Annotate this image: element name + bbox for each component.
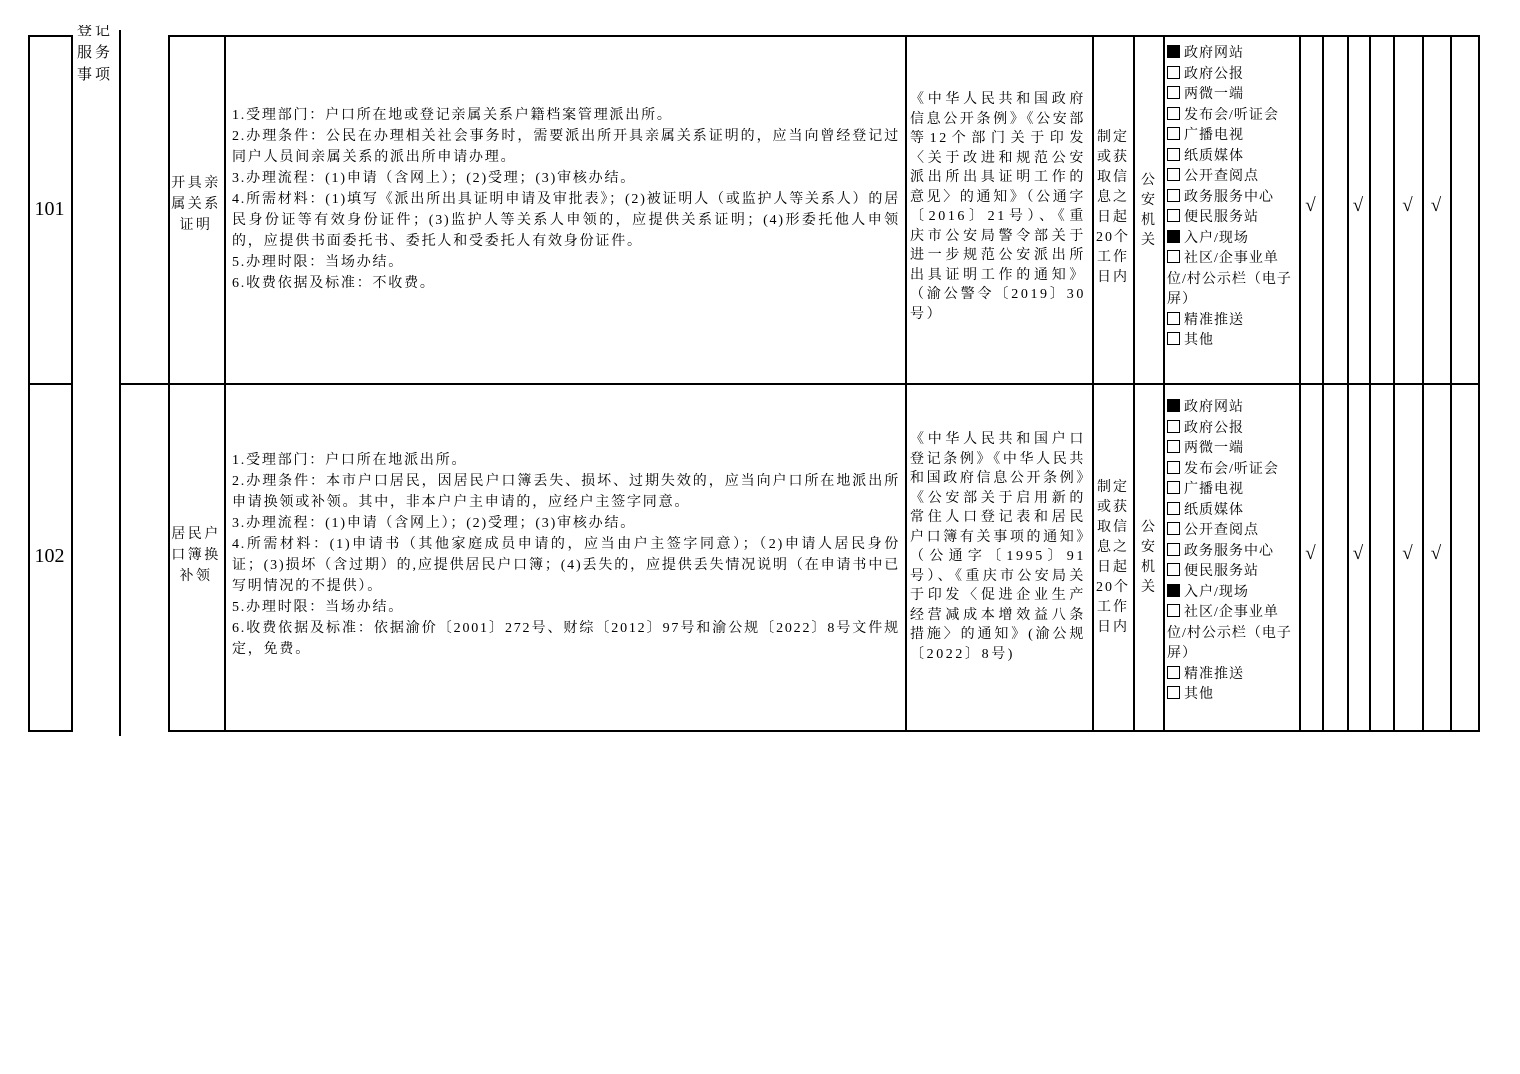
basis-cell: 《中华人民共和国户口登记条例》《中华人民共和国政府信息公开条例》《公安部关于启用… — [910, 430, 1086, 664]
channel-item: 政府网站 — [1167, 44, 1295, 65]
check-mark: √ — [1425, 195, 1447, 217]
basis-cell: 《中华人民共和国政府信息公开条例》《公安部等12个部门关于印发〈关于改进和规范公… — [910, 90, 1086, 324]
checkbox-unchecked-icon — [1167, 481, 1180, 494]
checkbox-unchecked-icon — [1167, 189, 1180, 202]
content-cell: 1.受理部门：户口所在地或登记亲属关系户籍档案管理派出所。 2.办理条件：公民在… — [232, 105, 900, 294]
time-limit-cell: 制定或获取信息之日起20个工作日内 — [1095, 128, 1131, 288]
channels-cell: 政府网站政府公报两微一端发布会/听证会广播电视纸质媒体公开查阅点政务服务中心便民… — [1167, 44, 1295, 352]
channel-label: 政务服务中心 — [1184, 544, 1274, 559]
channel-item: 精准推送 — [1167, 665, 1295, 686]
channel-item: 广播电视 — [1167, 126, 1295, 147]
channel-item: 纸质媒体 — [1167, 501, 1295, 522]
item-name-cell: 居民户口簿换补领 — [170, 524, 222, 587]
checkbox-unchecked-icon — [1167, 168, 1180, 181]
checkbox-unchecked-icon — [1167, 107, 1180, 120]
channel-item: 纸质媒体 — [1167, 147, 1295, 168]
channel-label: 其他 — [1184, 687, 1214, 702]
checkbox-checked-icon — [1167, 399, 1180, 412]
channel-label: 发布会/听证会 — [1184, 462, 1279, 477]
seq-cell: 102 — [28, 383, 71, 730]
seq-number: 101 — [35, 198, 65, 221]
channel-label: 政府网站 — [1184, 46, 1244, 61]
table-border — [28, 383, 73, 385]
checkbox-checked-icon — [1167, 584, 1180, 597]
seq-number: 102 — [35, 545, 65, 568]
channel-item: 广播电视 — [1167, 480, 1295, 501]
checkbox-unchecked-icon — [1167, 666, 1180, 679]
check-mark: √ — [1300, 543, 1322, 565]
item-name-cell: 开具亲属关系证明 — [170, 173, 222, 236]
channel-label: 精准推送 — [1184, 313, 1244, 328]
table-border — [28, 35, 73, 37]
agency-cell: 公安机关 — [1137, 171, 1159, 251]
checkbox-unchecked-icon — [1167, 66, 1180, 79]
item-name: 居民户口簿换补领 — [171, 527, 221, 584]
channel-label: 便民服务站 — [1184, 564, 1259, 579]
channel-label: 两微一端 — [1184, 87, 1244, 102]
channel-item: 便民服务站 — [1167, 208, 1295, 229]
checkbox-checked-icon — [1167, 230, 1180, 243]
channel-label: 社区/企事业单位/村公示栏（电子屏） — [1167, 251, 1292, 307]
channel-item: 便民服务站 — [1167, 562, 1295, 583]
channel-item: 公开查阅点 — [1167, 521, 1295, 542]
channel-item: 政府公报 — [1167, 419, 1295, 440]
table-border — [168, 35, 1480, 37]
checkbox-unchecked-icon — [1167, 686, 1180, 699]
channel-label: 政府网站 — [1184, 400, 1244, 415]
channel-item: 政务服务中心 — [1167, 542, 1295, 563]
checkbox-unchecked-icon — [1167, 86, 1180, 99]
channel-item: 政务服务中心 — [1167, 188, 1295, 209]
table-border — [168, 730, 1480, 732]
channel-label: 纸质媒体 — [1184, 149, 1244, 164]
checkbox-unchecked-icon — [1167, 461, 1180, 474]
channel-item: 政府公报 — [1167, 65, 1295, 86]
category-label: 登记服务事项 — [73, 25, 117, 86]
channel-item: 社区/企事业单位/村公示栏（电子屏） — [1167, 603, 1295, 665]
channel-item: 发布会/听证会 — [1167, 106, 1295, 127]
content-cell: 1.受理部门：户口所在地派出所。 2.办理条件：本市户口居民，因居民户口簿丢失、… — [232, 450, 900, 660]
channel-item: 公开查阅点 — [1167, 167, 1295, 188]
channel-item: 两微一端 — [1167, 439, 1295, 460]
channel-label: 纸质媒体 — [1184, 503, 1244, 518]
channel-label: 公开查阅点 — [1184, 523, 1259, 538]
checkbox-unchecked-icon — [1167, 543, 1180, 556]
channel-item: 精准推送 — [1167, 311, 1295, 332]
seq-cell: 101 — [28, 35, 71, 383]
category-cell: 登记服务事项 — [73, 25, 117, 730]
channel-label: 便民服务站 — [1184, 210, 1259, 225]
checkbox-unchecked-icon — [1167, 250, 1180, 263]
channel-label: 政府公报 — [1184, 67, 1244, 82]
checkbox-unchecked-icon — [1167, 502, 1180, 515]
channel-label: 入户/现场 — [1184, 585, 1249, 600]
table-border — [28, 730, 73, 732]
channel-label: 政务服务中心 — [1184, 190, 1274, 205]
checkbox-unchecked-icon — [1167, 522, 1180, 535]
table-border — [119, 383, 1480, 385]
channels-cell: 政府网站政府公报两微一端发布会/听证会广播电视纸质媒体公开查阅点政务服务中心便民… — [1167, 398, 1295, 706]
channel-label: 发布会/听证会 — [1184, 108, 1279, 123]
check-mark: √ — [1347, 543, 1369, 565]
channel-item: 其他 — [1167, 685, 1295, 706]
check-mark: √ — [1397, 195, 1419, 217]
channel-label: 广播电视 — [1184, 128, 1244, 143]
channel-item: 发布会/听证会 — [1167, 460, 1295, 481]
checkbox-checked-icon — [1167, 45, 1180, 58]
checkbox-unchecked-icon — [1167, 209, 1180, 222]
channel-label: 精准推送 — [1184, 667, 1244, 682]
channel-item: 两微一端 — [1167, 85, 1295, 106]
checkbox-unchecked-icon — [1167, 604, 1180, 617]
check-mark: √ — [1425, 543, 1447, 565]
channel-label: 社区/企事业单位/村公示栏（电子屏） — [1167, 605, 1292, 661]
channel-label: 其他 — [1184, 333, 1214, 348]
channel-item: 入户/现场 — [1167, 583, 1295, 604]
channel-label: 入户/现场 — [1184, 231, 1249, 246]
agency-cell: 公安机关 — [1137, 518, 1159, 598]
channel-label: 两微一端 — [1184, 441, 1244, 456]
channel-item: 政府网站 — [1167, 398, 1295, 419]
channel-label: 公开查阅点 — [1184, 169, 1259, 184]
checkbox-unchecked-icon — [1167, 563, 1180, 576]
time-limit-cell: 制定或获取信息之日起20个工作日内 — [1095, 478, 1131, 638]
checkbox-unchecked-icon — [1167, 440, 1180, 453]
checkbox-unchecked-icon — [1167, 148, 1180, 161]
disclosure-table-page: 登记服务事项 101 开具亲属关系证明 1.受理部门：户口所在地或登记亲属关系户… — [0, 0, 1520, 1074]
channel-label: 政府公报 — [1184, 421, 1244, 436]
checkbox-unchecked-icon — [1167, 127, 1180, 140]
check-mark: √ — [1397, 543, 1419, 565]
check-mark: √ — [1300, 195, 1322, 217]
check-mark: √ — [1347, 195, 1369, 217]
channel-item: 社区/企事业单位/村公示栏（电子屏） — [1167, 249, 1295, 311]
checkbox-unchecked-icon — [1167, 312, 1180, 325]
checkbox-unchecked-icon — [1167, 332, 1180, 345]
channel-item: 入户/现场 — [1167, 229, 1295, 250]
checkbox-unchecked-icon — [1167, 420, 1180, 433]
channel-label: 广播电视 — [1184, 482, 1244, 497]
channel-item: 其他 — [1167, 331, 1295, 352]
item-name: 开具亲属关系证明 — [171, 176, 221, 233]
